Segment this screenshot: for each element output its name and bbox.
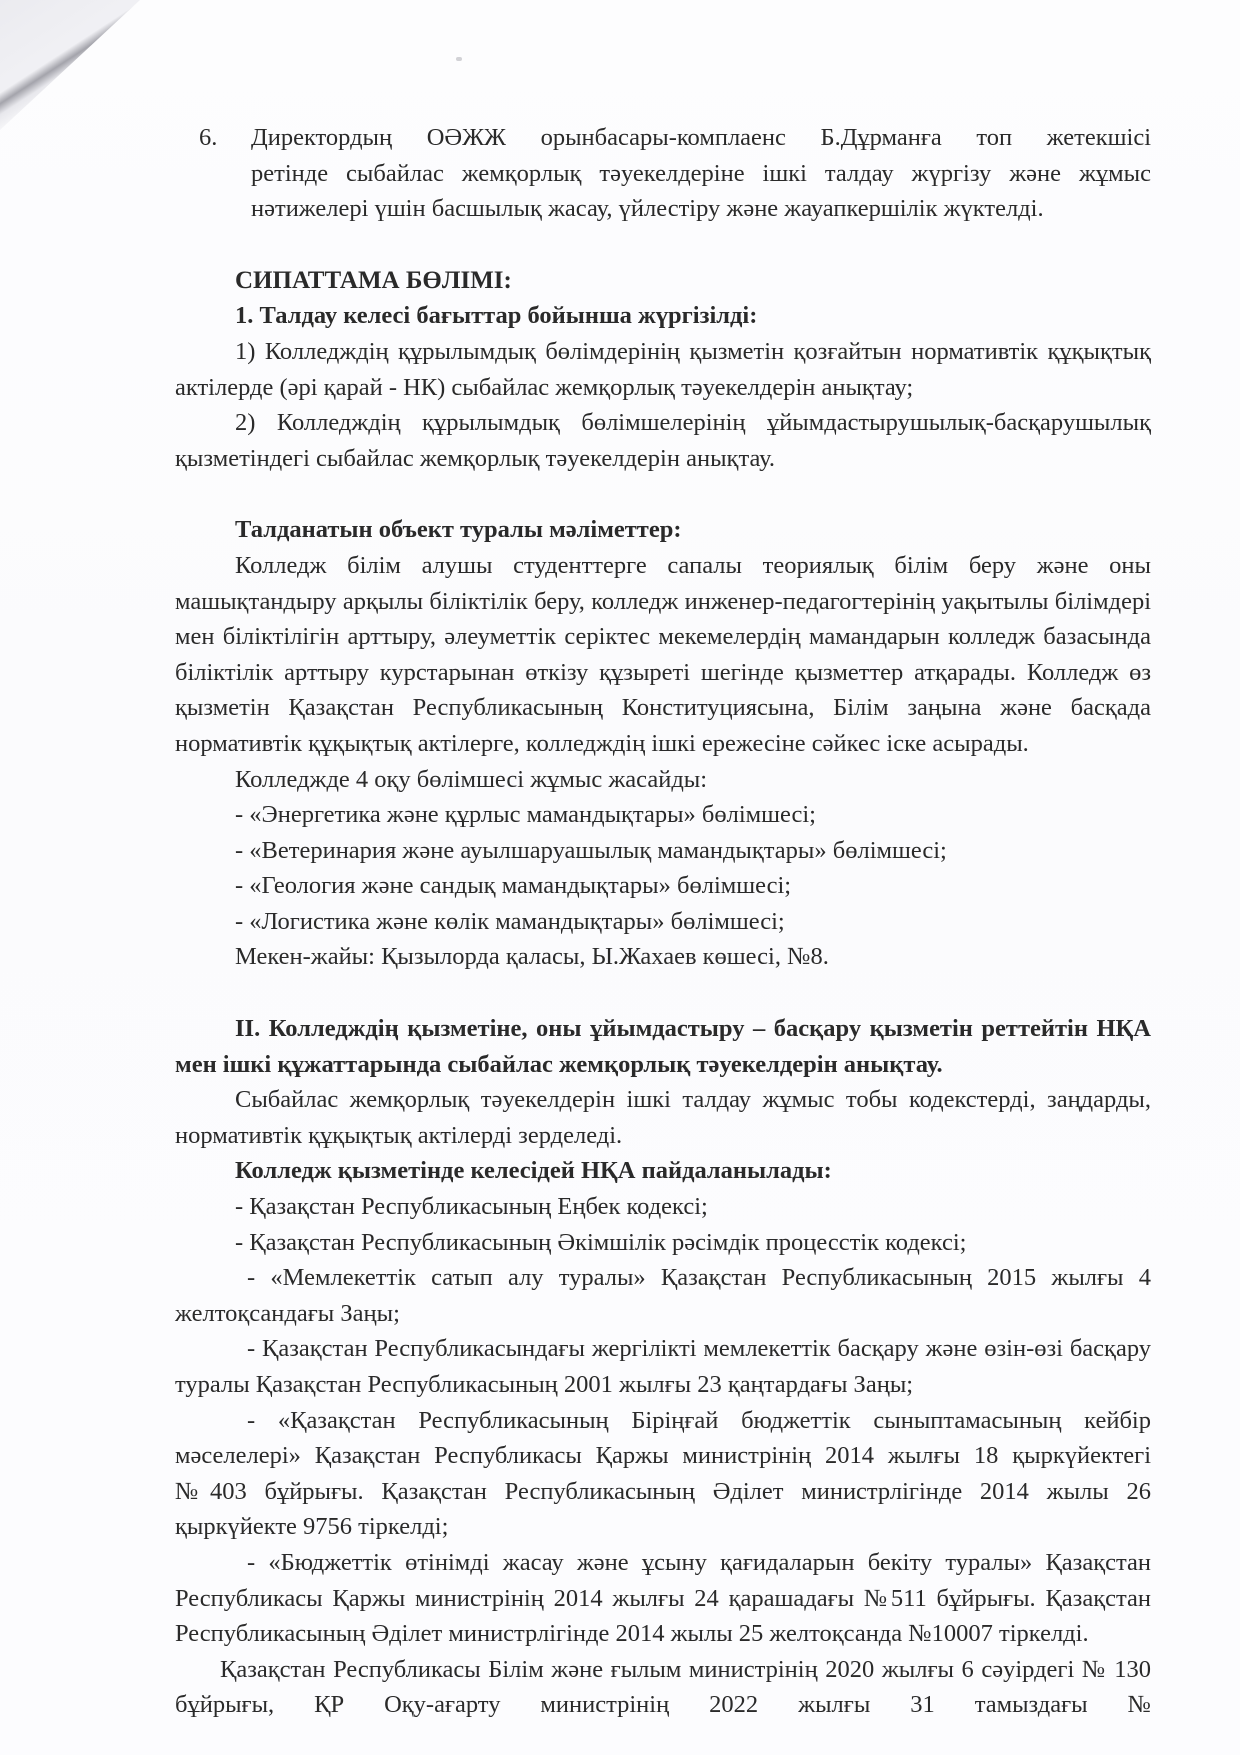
analysis-directions-heading: 1. Талдау келесі бағыттар бойынша жүргіз… (175, 298, 1151, 334)
department-item: - «Ветеринария және ауылшаруашылық маман… (175, 833, 1151, 869)
direction-point: 2) Колледждің құрылымдық бөлімшелерінің … (175, 405, 1151, 476)
act-item: - «Бюджеттік өтінімді жасау және ұсыну қ… (175, 1545, 1151, 1652)
spacer (175, 227, 1151, 263)
item-6-line: Директордың ОӘЖЖ орынбасары-комплаенс Б.… (251, 120, 1151, 156)
act-item: - Қазақстан Республикасының Әкімшілік рә… (175, 1225, 1151, 1261)
department-item: - «Логистика және көлік мамандықтары» бө… (175, 904, 1151, 940)
section-2-intro: Сыбайлас жемқорлық тәуекелдерін ішкі тал… (175, 1082, 1151, 1153)
scan-speck (456, 57, 462, 61)
department-item: - «Энергетика және құрлыс мамандықтары» … (175, 797, 1151, 833)
departments-intro: Колледжде 4 оқу бөлімшесі жұмыс жасайды: (175, 762, 1151, 798)
numbered-item-6: 6. Директордың ОӘЖЖ орынбасары-комплаенс… (175, 120, 1151, 227)
act-item: - Қазақстан Республикасындағы жергілікті… (175, 1331, 1151, 1402)
address-line: Мекен-жайы: Қызылорда қаласы, Ы.Жахаев к… (175, 939, 1151, 975)
act-item: - «Мемлекеттік сатып алу туралы» Қазақст… (175, 1260, 1151, 1331)
spacer (175, 975, 1151, 1011)
document-body: 6. Директордың ОӘЖЖ орынбасары-комплаенс… (175, 120, 1151, 1723)
item-6-line: нәтижелері үшін басшылық жасау, үйлестір… (251, 191, 1151, 227)
object-info-heading: Талданатын объект туралы мәліметтер: (175, 512, 1151, 548)
acts-heading: Колледж қызметінде келесідей НҚА пайдала… (175, 1153, 1151, 1189)
spacer (175, 476, 1151, 512)
item-6-text: Директордың ОӘЖЖ орынбасары-комплаенс Б.… (251, 120, 1151, 227)
direction-point: 1) Колледждің құрылымдық бөлімдерінің қы… (175, 334, 1151, 405)
act-item: - «Қазақстан Республикасының Біріңғай бю… (175, 1403, 1151, 1545)
act-item: - Қазақстан Республикасының Еңбек кодекс… (175, 1189, 1151, 1225)
section-2-title: II. Колледждің қызметіне, оны ұйымдастыр… (175, 1011, 1151, 1082)
item-number: 6. (175, 120, 251, 227)
closing-paragraph: Қазақстан Республикасы Білім және ғылым … (175, 1652, 1151, 1723)
section-title-descriptive: СИПАТТАМА БӨЛІМІ: (175, 263, 1151, 299)
object-info-paragraph: Колледж білім алушы студенттерге сапалы … (175, 548, 1151, 762)
item-6-line: ретінде сыбайлас жемқорлық тәуекелдеріне… (251, 156, 1151, 192)
department-item: - «Геология және сандық мамандықтары» бө… (175, 868, 1151, 904)
